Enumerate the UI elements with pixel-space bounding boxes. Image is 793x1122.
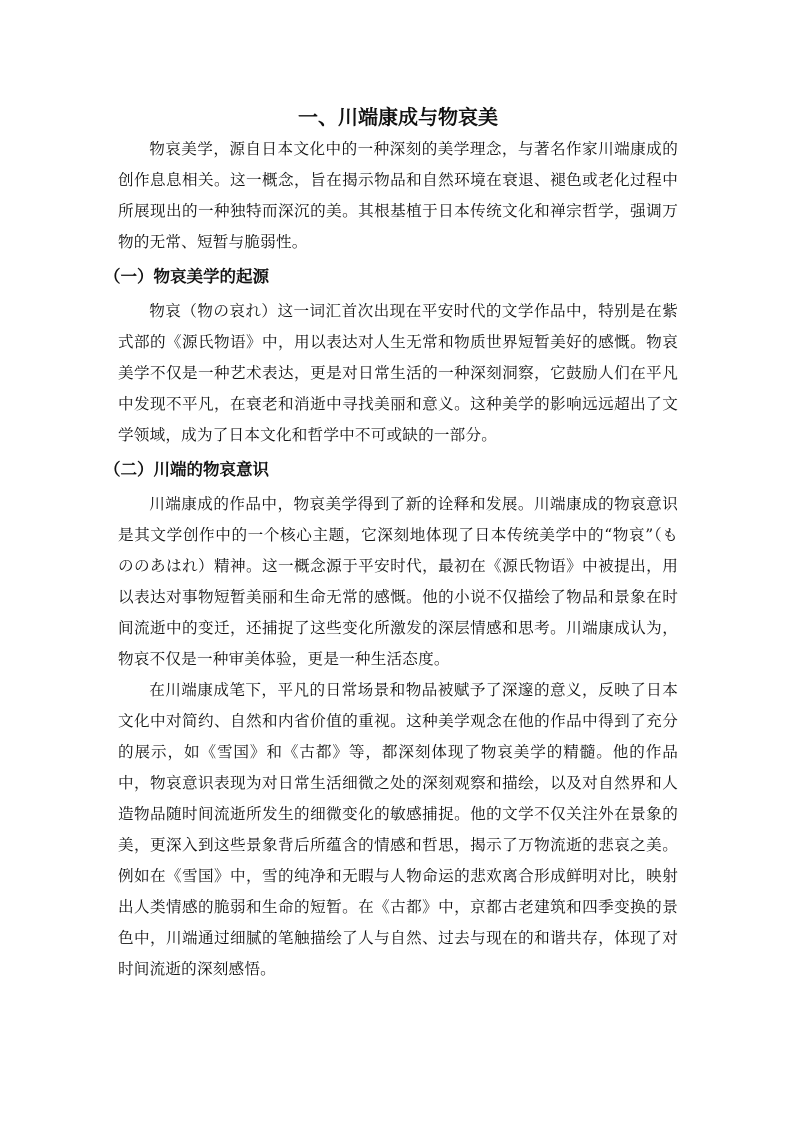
- intro-paragraph: 物哀美学，源自日本文化中的一种深刻的美学理念，与著名作家川端康成的创作息息相关。…: [118, 134, 678, 258]
- section-heading-kawabata: （二）川端的物哀意识: [104, 451, 678, 489]
- section-kawabata-mono-no-aware: （二）川端的物哀意识 川端康成的作品中，物哀美学得到了新的诠释和发展。川端康成的…: [118, 451, 678, 985]
- paragraph: 在川端康成笔下，平凡的日常场景和物品被赋予了深邃的意义，反映了日本文化中对简约、…: [118, 675, 678, 985]
- section-heading-origin: （一）物哀美学的起源: [104, 258, 678, 296]
- document-page: 一、川端康成与物哀美 物哀美学，源自日本文化中的一种深刻的美学理念，与著名作家川…: [118, 100, 678, 985]
- paragraph: 物哀（物の哀れ）这一词汇首次出现在平安时代的文学作品中，特别是在紫式部的《源氏物…: [118, 296, 678, 451]
- document-title: 一、川端康成与物哀美: [118, 100, 678, 134]
- section-origin: （一）物哀美学的起源 物哀（物の哀れ）这一词汇首次出现在平安时代的文学作品中，特…: [118, 258, 678, 451]
- paragraph: 川端康成的作品中，物哀美学得到了新的诠释和发展。川端康成的物哀意识是其文学创作中…: [118, 489, 678, 675]
